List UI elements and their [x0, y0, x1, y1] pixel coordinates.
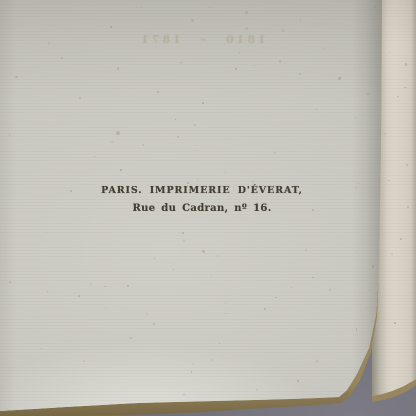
imprint-line-1: PARIS. IMPRIMERIE D'ÉVERAT, [0, 186, 404, 196]
book-photo: 1810 – 1871 PARIS. IMPRIMERIE D'ÉVERAT, … [0, 0, 416, 416]
imprint-line-2: Rue du Cadran, nº 16. [0, 204, 404, 214]
book-page: 1810 – 1871 PARIS. IMPRIMERIE D'ÉVERAT, … [0, 0, 416, 416]
imprint: PARIS. IMPRIMERIE D'ÉVERAT, Rue du Cadra… [0, 186, 404, 214]
bleed-through-text: 1810 – 1871 [0, 33, 404, 46]
